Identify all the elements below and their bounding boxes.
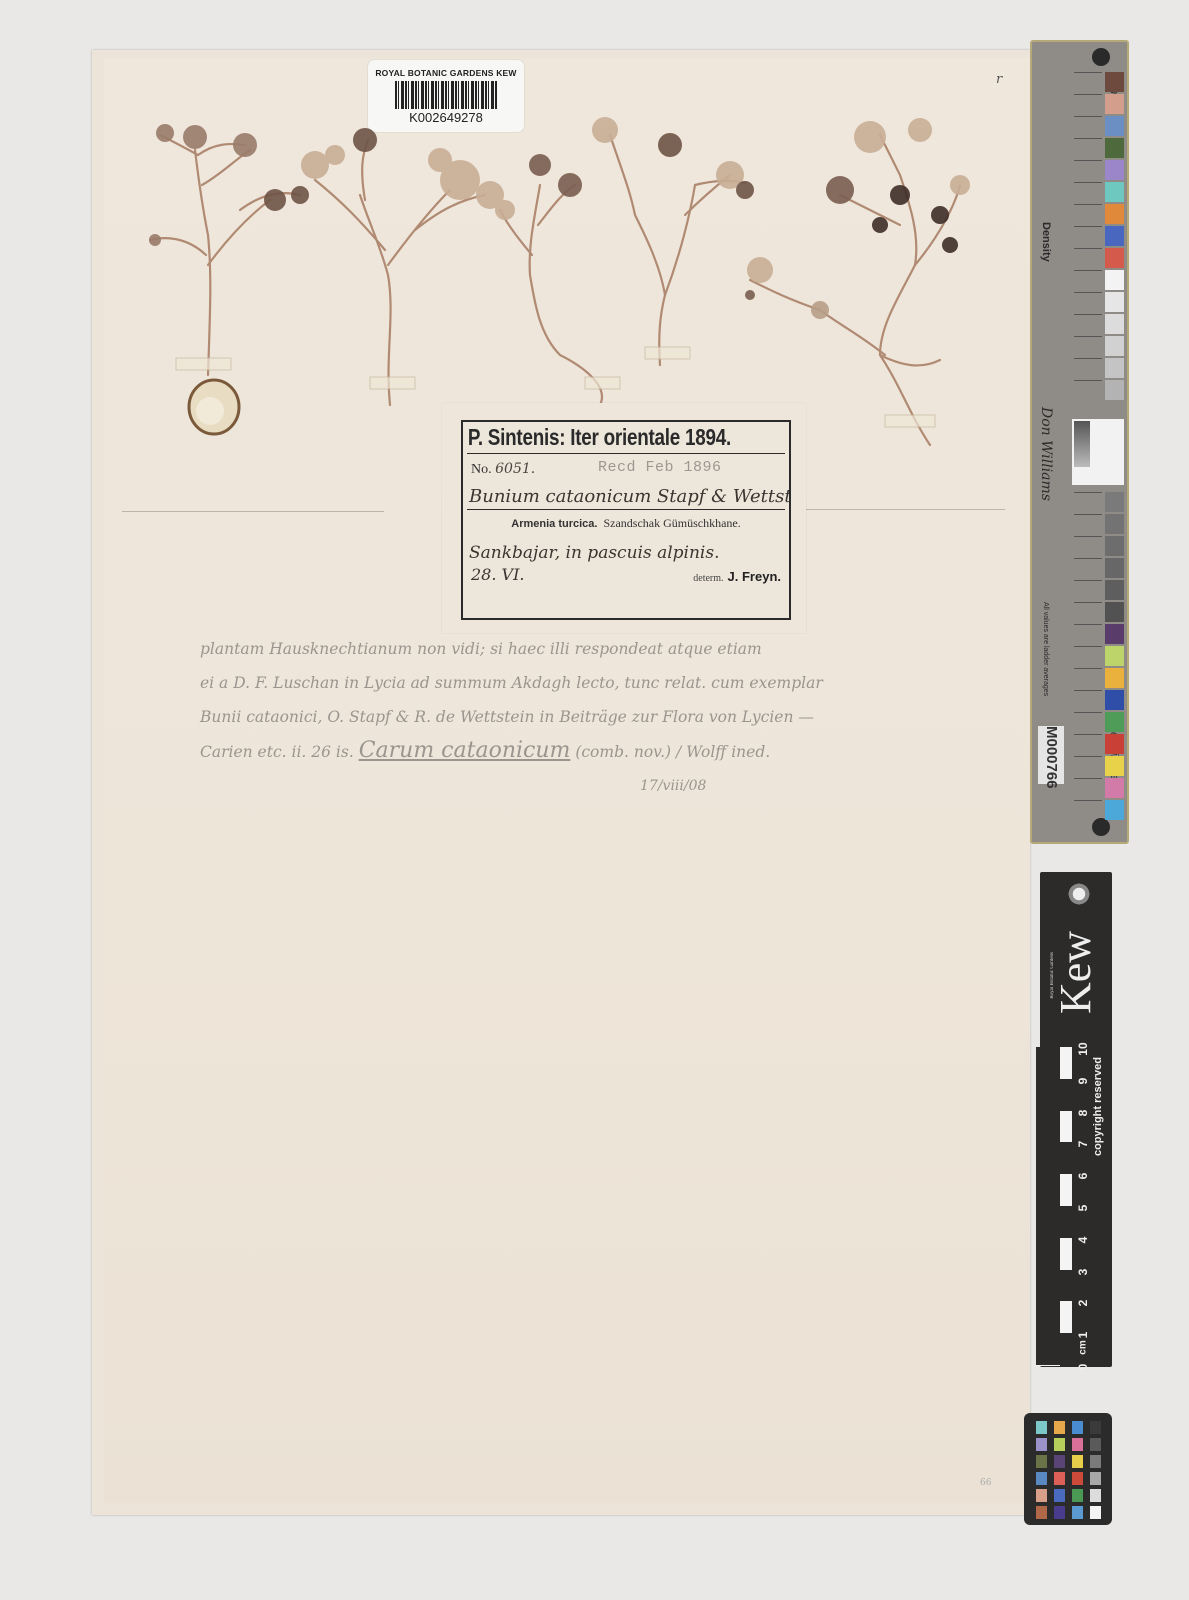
- divider-line: [467, 509, 785, 510]
- color-swatch: [1105, 270, 1124, 290]
- swatch-value: [1074, 314, 1102, 336]
- chart-note: All values are ladder averages: [1042, 602, 1049, 696]
- scale-number: 2: [1076, 1294, 1090, 1312]
- color-swatch: [1105, 204, 1124, 224]
- kew-org-name: Royal Botanic Gardens: [1050, 952, 1055, 999]
- scale-segment: [1060, 1333, 1072, 1365]
- color-swatch: [1105, 558, 1124, 578]
- color-swatch: [1105, 580, 1124, 600]
- swatch-value: [1074, 602, 1102, 624]
- corner-mark: r: [996, 72, 1002, 87]
- checker-cell: [1090, 1506, 1101, 1519]
- scale-segment: [1060, 1047, 1072, 1079]
- collection-number: No. 6051.: [471, 461, 535, 478]
- determiner: determ.J. Freyn.: [693, 569, 781, 584]
- scale-segment: [1060, 1142, 1072, 1174]
- divider-line: [467, 453, 785, 454]
- color-swatch: [1105, 734, 1124, 754]
- checker-cell: [1072, 1472, 1083, 1485]
- checker-cell: [1090, 1421, 1101, 1434]
- swatch-value: [1074, 94, 1102, 116]
- swatch-value: [1074, 116, 1102, 138]
- color-swatch: [1105, 116, 1124, 136]
- scale-segment: [1060, 1079, 1072, 1111]
- received-stamp: Recd Feb 1896: [598, 459, 722, 476]
- color-swatch: [1105, 514, 1124, 534]
- swatch-value: [1074, 514, 1102, 536]
- color-swatch: [1105, 800, 1124, 820]
- swatch-value: [1074, 380, 1102, 402]
- checker-cell: [1072, 1455, 1083, 1468]
- color-swatch: [1105, 778, 1124, 798]
- checker-cell: [1072, 1438, 1083, 1451]
- taxon-name: Bunium cataonicum Stapf & Wettst.: [463, 480, 789, 509]
- color-swatch: [1105, 226, 1124, 246]
- swatch-value: [1074, 182, 1102, 204]
- new-combination-name: Carum cataonicum: [359, 738, 571, 763]
- divider-line: [790, 509, 1005, 510]
- color-calibration-chart: inches Density Don Williams All values a…: [1030, 40, 1129, 844]
- checker-cell: [1036, 1489, 1047, 1502]
- checker-cell: [1036, 1421, 1047, 1434]
- scale-segment: [1036, 1301, 1060, 1334]
- scale-segment: [1060, 1238, 1072, 1270]
- density-label: Density: [1040, 222, 1052, 262]
- checker-cell: [1036, 1472, 1047, 1485]
- collection-date: 28. VI.: [471, 565, 525, 584]
- scale-segment: [1036, 1142, 1060, 1175]
- color-swatch: [1105, 182, 1124, 202]
- swatch-value: [1074, 624, 1102, 646]
- color-swatch: [1105, 72, 1124, 92]
- checker-cell: [1090, 1438, 1101, 1451]
- checker-cell: [1054, 1421, 1065, 1434]
- swatch-value: [1074, 580, 1102, 602]
- punch-hole: [1092, 48, 1110, 66]
- checker-cell: [1036, 1438, 1047, 1451]
- color-swatch: [1105, 756, 1124, 776]
- scale-segment: [1036, 1333, 1060, 1366]
- kew-logo: Kew: [1048, 902, 1108, 1042]
- color-swatch: [1105, 160, 1124, 180]
- scale-segment: [1036, 1238, 1060, 1271]
- scale-segment: [1060, 1301, 1072, 1333]
- color-swatch: [1105, 690, 1124, 710]
- annotation-line: ei a D. F. Luschan in Lycia ad summum Ak…: [200, 666, 1000, 700]
- swatch-value: [1074, 160, 1102, 182]
- swatch-value: [1074, 336, 1102, 358]
- swatch-value: [1074, 712, 1102, 734]
- chart-id: M000766: [1038, 726, 1064, 784]
- swatch-value: [1074, 226, 1102, 248]
- unit-label: cm: [1078, 1340, 1089, 1354]
- scale-segment: [1036, 1111, 1060, 1144]
- swatch-value: [1074, 270, 1102, 292]
- scale-segment: [1036, 1174, 1060, 1207]
- color-swatch: [1105, 314, 1124, 334]
- color-swatch: [1105, 712, 1124, 732]
- checker-cell: [1072, 1421, 1083, 1434]
- barcode-icon: [395, 81, 497, 109]
- checker-cell: [1090, 1472, 1101, 1485]
- annotation-line: plantam Hausknechtianum non vidi; si hae…: [200, 632, 1000, 666]
- color-swatch: [1105, 536, 1124, 556]
- handwritten-annotation: plantam Hausknechtianum non vidi; si hae…: [200, 632, 1000, 803]
- swatch-value: [1074, 248, 1102, 270]
- swatch-value: [1074, 756, 1102, 778]
- label-header: P. Sintenis: Iter orientale 1894.: [463, 422, 730, 451]
- swatch-value: [1074, 204, 1102, 226]
- checker-cell: [1054, 1472, 1065, 1485]
- scale-number: 0: [1076, 1358, 1090, 1376]
- swatch-value: [1074, 358, 1102, 380]
- scale-segment: [1036, 1047, 1060, 1080]
- kew-scale-bar: Kew Royal Botanic Gardens 109876543210 c…: [1040, 872, 1112, 1367]
- scale-segment: [1036, 1206, 1060, 1239]
- annotation-line: Bunii cataonici, O. Stapf & R. de Wettst…: [200, 700, 1000, 734]
- checker-cell: [1054, 1438, 1065, 1451]
- checker-cell: [1054, 1455, 1065, 1468]
- region: Armenia turcica.Szandschak Gümüschkhane.: [463, 512, 789, 531]
- color-swatch: [1105, 138, 1124, 158]
- checker-cell: [1090, 1489, 1101, 1502]
- color-swatch: [1105, 492, 1124, 512]
- color-checker-card: [1024, 1413, 1112, 1525]
- scale-segment: [1060, 1111, 1072, 1143]
- scale-number: 5: [1076, 1199, 1090, 1217]
- scale-numbers: 109876543210: [1074, 1042, 1092, 1367]
- cm-scale: [1036, 1047, 1072, 1365]
- checker-cell: [1072, 1489, 1083, 1502]
- scale-segment: [1036, 1079, 1060, 1112]
- annotation-line: Carien etc. ii. 26 is. Carum cataonicum …: [200, 734, 1000, 769]
- swatch-value: [1074, 800, 1102, 822]
- checker-cell: [1054, 1489, 1065, 1502]
- swatch-value: [1074, 558, 1102, 580]
- locality: Sankbajar, in pascuis alpinis.: [463, 531, 789, 563]
- checker-cell: [1036, 1455, 1047, 1468]
- scale-segment: [1060, 1206, 1072, 1238]
- swatch-value: [1074, 646, 1102, 668]
- scale-number: 7: [1076, 1135, 1090, 1153]
- scale-number: 10: [1076, 1040, 1090, 1058]
- color-swatch: [1105, 248, 1124, 268]
- swatch-value: [1074, 138, 1102, 160]
- swatch-value: [1074, 734, 1102, 756]
- annotation-signature-date: 17/viii/08: [200, 769, 1000, 803]
- barcode-institution: ROYAL BOTANIC GARDENS KEW: [368, 68, 524, 78]
- scale-segment: [1060, 1174, 1072, 1206]
- scale-number: 3: [1076, 1263, 1090, 1281]
- color-swatch: [1105, 624, 1124, 644]
- page-mark: 66: [980, 1478, 991, 1488]
- swatch-value: [1074, 292, 1102, 314]
- swatch-value: [1074, 690, 1102, 712]
- color-swatch: [1105, 668, 1124, 688]
- checker-cell: [1072, 1506, 1083, 1519]
- checker-cell: [1054, 1506, 1065, 1519]
- scale-number: 4: [1076, 1231, 1090, 1249]
- color-swatch: [1105, 358, 1124, 378]
- color-swatch: [1105, 336, 1124, 356]
- swatch-value: [1074, 536, 1102, 558]
- checker-cell: [1090, 1455, 1101, 1468]
- checker-cell: [1036, 1506, 1047, 1519]
- color-swatch: [1105, 380, 1124, 400]
- color-swatch: [1105, 292, 1124, 312]
- gray-scale-inset: [1072, 419, 1124, 485]
- swatch-value: [1074, 778, 1102, 800]
- scale-segment: [1060, 1270, 1072, 1302]
- color-swatch: [1105, 94, 1124, 114]
- swatch-value: [1074, 668, 1102, 690]
- color-swatch: [1105, 602, 1124, 622]
- chart-brand: Don Williams: [1038, 407, 1054, 501]
- copyright-text: copyright reserved: [1092, 1057, 1104, 1156]
- scale-number: 6: [1076, 1167, 1090, 1185]
- scale-number: 9: [1076, 1072, 1090, 1090]
- divider-line: [122, 511, 384, 512]
- collection-label: P. Sintenis: Iter orientale 1894. No. 60…: [461, 420, 791, 620]
- scale-segment: [1036, 1270, 1060, 1303]
- swatch-value: [1074, 492, 1102, 514]
- scale-number: 8: [1076, 1104, 1090, 1122]
- swatch-value: [1074, 72, 1102, 94]
- color-swatch: [1105, 646, 1124, 666]
